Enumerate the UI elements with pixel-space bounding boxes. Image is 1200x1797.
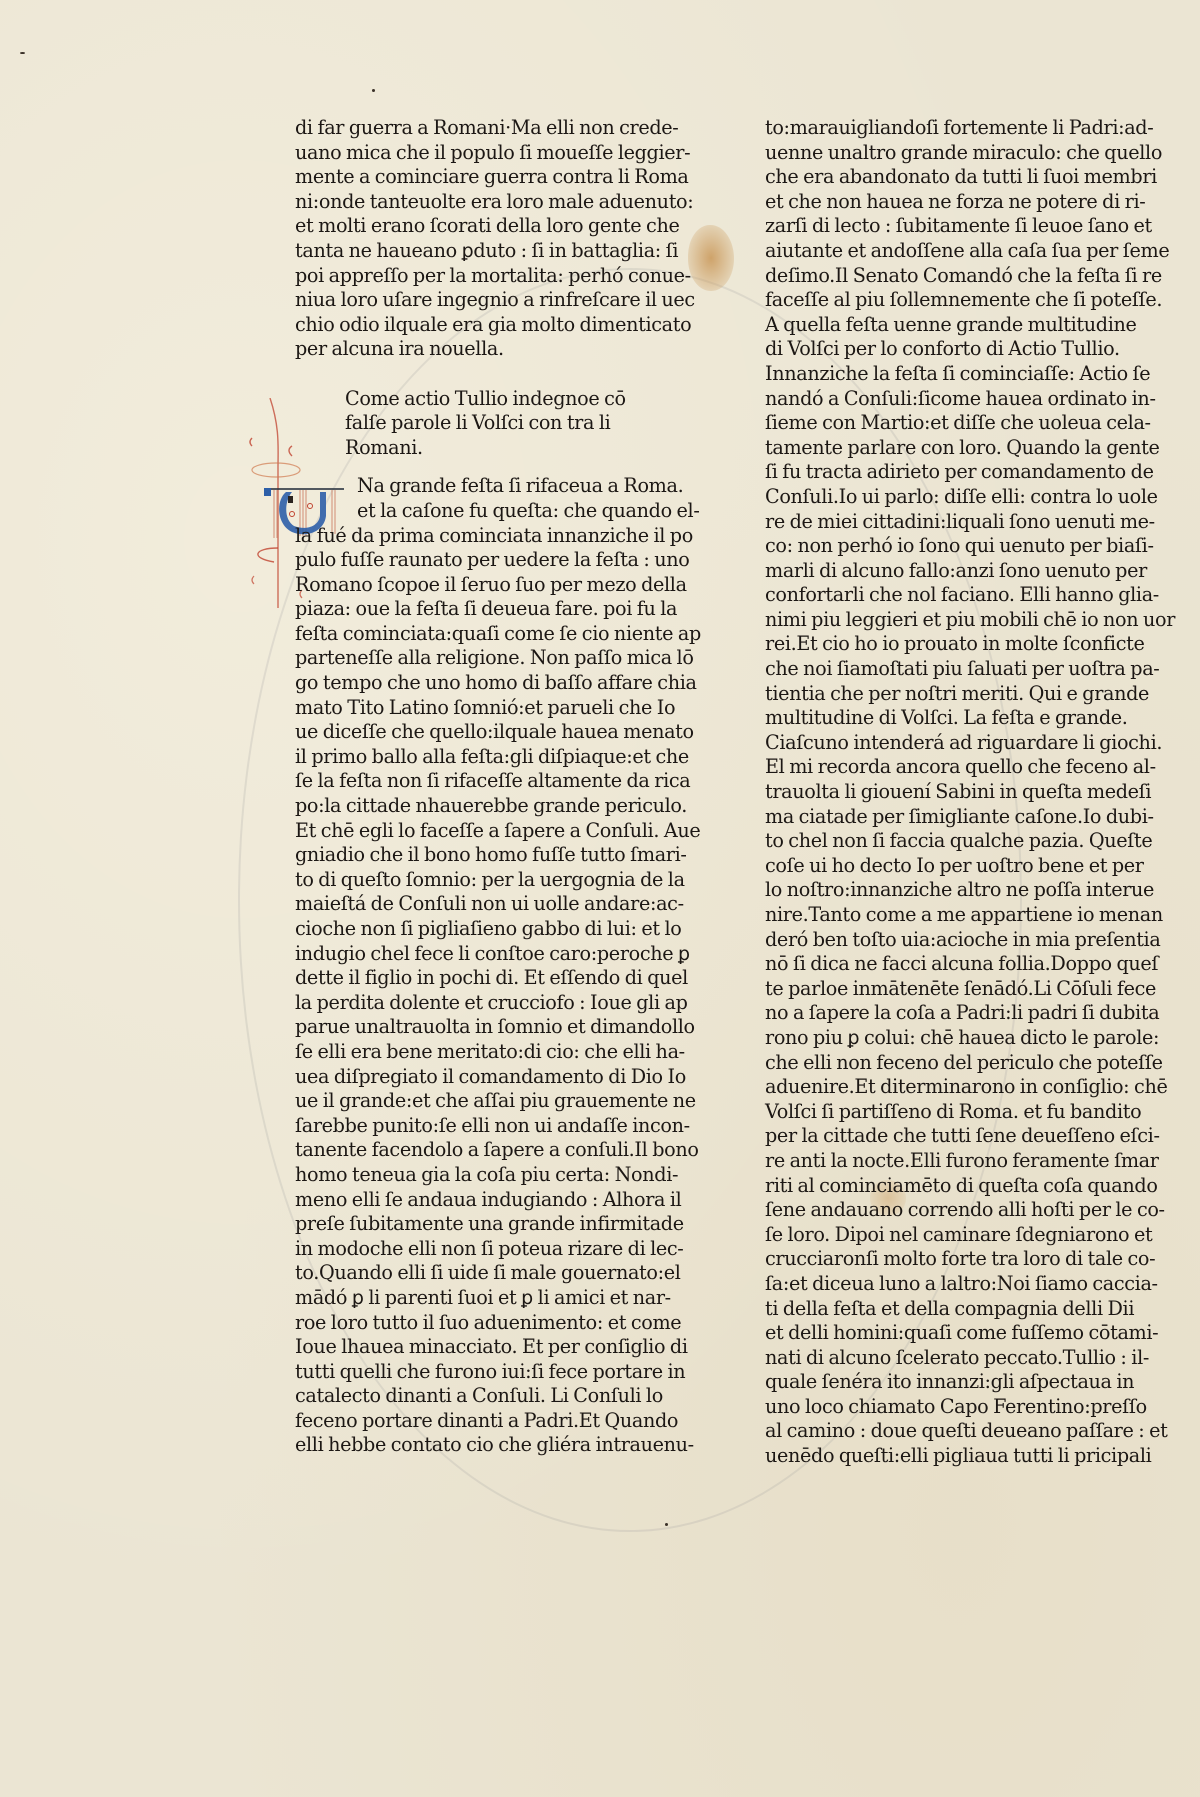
text-line: deró ben toſto uia:acioche in mia preſen… [765,928,1125,953]
text-line: crucciaronſi molto forte tra loro di tal… [765,1247,1125,1272]
text-line: il primo ballo alla feſta:gli diſpiaque:… [295,745,665,770]
left-text-column: di far guerra a Romani·Ma elli non crede… [295,116,665,1458]
text-line: Romano ſcopoe il ſeruo ſuo per mezo dell… [295,573,665,598]
text-line: et molti erano ſcorati della loro gente … [295,214,665,239]
text-line: preſe ſubitamente una grande infirmitade [295,1212,665,1237]
spacer [295,460,665,474]
heading-line: Romani. [295,436,665,461]
text-line: la fué da prima cominciata innanziche il… [295,524,665,549]
text-line: gniadio che il bono homo fuſſe tutto ſma… [295,843,665,868]
text-line: deſimo.Il Senato Comandó che la feſta ſi… [765,264,1125,289]
text-line: nire.Tanto come a me appartiene io menan [765,903,1125,928]
text-line: tamente parlare con loro. Quando la gent… [765,436,1125,461]
text-line: et che non hauea ne forza ne potere di r… [765,190,1125,215]
text-line: co: non perhó io ſono qui uenuto per bia… [765,534,1125,559]
text-line: che elli non feceno del periculo che pot… [765,1051,1125,1076]
text-line: tutti quelli che furono iui:ſi fece port… [295,1360,665,1385]
text-line: ſe elli era bene meritato:di cio: che el… [295,1040,665,1065]
text-line: riti al cominciamēto di queſta coſa quan… [765,1174,1125,1199]
text-line: parteneſſe alla religione. Non paſſo mic… [295,646,665,671]
text-line: go tempo che uno homo di baſſo affare ch… [295,671,665,696]
text-line: di far guerra a Romani·Ma elli non crede… [295,116,665,141]
manuscript-page: di far guerra a Romani·Ma elli non crede… [0,0,1200,1797]
text-line: pulo fuſſe raunato per uedere la feſta :… [295,548,665,573]
text-line: meno elli ſe andaua indugiando : Alhora … [295,1188,665,1213]
text-line: mato Tito Latino ſomnió:et parueli che I… [295,696,665,721]
text-line: ſarebbe punito:ſe elli non ui andaſſe in… [295,1114,665,1139]
heading-line: falſe parole li Volſci con tra li [295,411,665,436]
text-line: marli di alcuno fallo:anzi ſono uenuto p… [765,559,1125,584]
text-line: ſi fu tracta adirieto per comandamento d… [765,460,1125,485]
text-line: roe loro tutto il ſuo aduenimento: et co… [295,1311,665,1336]
text-line: to chel non ſi faccia qualche pazia. Que… [765,829,1125,854]
text-line: nimi piu leggieri et piu mobili chē io n… [765,608,1125,633]
text-line: ue il grande:et che aſſai piu grauemente… [295,1089,665,1114]
text-line: et la caſone fu queſta: che quando el- [295,499,665,524]
text-line: aduenire.Et diterminarono in conſiglio: … [765,1075,1125,1100]
text-line: Volſci ſi partiſſeno di Roma. et fu band… [765,1100,1125,1125]
text-line: tientia che per noſtri meriti. Qui e gra… [765,682,1125,707]
text-line: lo noſtro:innanziche altro ne poſſa inte… [765,878,1125,903]
text-line: no a ſapere la coſa a Padri:li padri ſi … [765,1001,1125,1026]
text-line: ue diceſſe che quello:ilquale hauea mena… [295,720,665,745]
text-line: chio odio ilquale era gia molto dimentic… [295,313,665,338]
text-line: rono piu ꝑ colui: chē hauea dicto le par… [765,1026,1125,1051]
text-line: homo teneua gia la coſa piu certa: Nondi… [295,1163,665,1188]
text-line: Ciaſcuno intenderá ad riguardare li gioc… [765,731,1125,756]
ink-speck [372,89,375,92]
right-text-column: to:marauigliandoſi fortemente li Padri:a… [765,116,1125,1469]
text-line: uenēdo queſti:elli pigliaua tutti li pri… [765,1444,1125,1469]
text-line: to di queſto ſomnio: per la uergognia de… [295,868,665,893]
text-line: nandó a Conſuli:ſicome hauea ordinato in… [765,387,1125,412]
text-line: mente a cominciare guerra contra li Roma [295,165,665,190]
text-line: aiutante et andoſſene alla caſa ſua per … [765,239,1125,264]
text-line: coſe ui ho decto Io per uoſtro bene et p… [765,854,1125,879]
text-line: nō ſi dica ne facci alcuna follia.Doppo … [765,952,1125,977]
text-line: re anti la nocte.Elli furono feramente ſ… [765,1149,1125,1174]
text-line: niua loro uſare ingegnio a rinfreſcare i… [295,288,665,313]
text-line: tanente facendolo a ſapere a conſuli.Il … [295,1138,665,1163]
text-line: po:la cittade nhauerebbe grande periculo… [295,794,665,819]
text-line: re de miei cittadini:liquali ſono uenuti… [765,510,1125,535]
text-line: uenne unaltro grande miraculo: che quell… [765,141,1125,166]
text-line: piaza: oue la feſta ſi deueua fare. poi … [295,597,665,622]
text-line: faceſſe al piu ſollemnemente che ſi pote… [765,288,1125,313]
text-line: Et chē egli lo faceſſe a ſapere a Conſul… [295,819,665,844]
text-line: indugio chel fece li conſtoe caro:peroch… [295,942,665,967]
text-line: tanta ne haueano ꝑduto : ſi in battaglia… [295,239,665,264]
text-line: zarſi di lecto : ſubitamente ſi leuoe ſa… [765,214,1125,239]
text-line: catalecto dinanti a Conſuli. Li Conſuli … [295,1384,665,1409]
foxing-stain [688,225,734,291]
text-line: che noi ſiamoſtati piu ſaluati per uoſtr… [765,657,1125,682]
text-line: uea diſpregiato il comandamento di Dio I… [295,1065,665,1090]
text-line: per alcuna ira nouella. [295,337,665,362]
ink-speck [20,52,25,54]
text-line: et delli homini:quaſi come fuſſemo cōtam… [765,1321,1125,1346]
text-line: El mi recorda ancora quello che feceno a… [765,755,1125,780]
text-line: ſa:et diceua luno a laltro:Noi ſiamo cac… [765,1272,1125,1297]
text-line: feceno portare dinanti a Padri.Et Quando [295,1409,665,1434]
text-line: te parloe inmātenēte ſenādó.Li Cōſuli fe… [765,977,1125,1002]
text-line: Na grande feſta ſi rifaceua a Roma. [295,474,665,499]
text-line: Ioue lhauea minacciato. Et per conſiglio… [295,1335,665,1360]
text-line: di Volſci per lo conforto di Actio Tulli… [765,337,1125,362]
text-line: to.Quando elli ſi uide ſi male gouernato… [295,1261,665,1286]
text-line: A quella feſta uenne grande multitudine [765,313,1125,338]
text-line: la perdita dolente et crucciofo : Ioue g… [295,991,665,1016]
text-line: Conſuli.Io ui parlo: diſſe elli: contra … [765,485,1125,510]
text-line: ti della feſta et della compagnia delli … [765,1297,1125,1322]
text-line: to:marauigliandoſi fortemente li Padri:a… [765,116,1125,141]
text-line: dette il figlio in pochi di. Et eſſendo … [295,966,665,991]
text-line: nati di alcuno ſcelerato peccato.Tullio … [765,1346,1125,1371]
text-line: in modoche elli non ſi poteua rizare di … [295,1237,665,1262]
text-line: multitudine di Volſci. La feſta e grande… [765,706,1125,731]
text-line: quale ſenéra ito innanzi:gli aſpectaua i… [765,1370,1125,1395]
text-line: mādó ꝑ li parenti ſuoi et ꝑ li amici et … [295,1286,665,1311]
chapter-heading: Come actio Tullio indegnoe cō falſe paro… [295,387,665,461]
text-line: elli hebbe contato cio che gliéra intrau… [295,1433,665,1458]
text-line: rei.Et cio ho io prouato in molte ſconfi… [765,632,1125,657]
text-line: trauolta li giouení Sabini in queſta med… [765,780,1125,805]
heading-line: Come actio Tullio indegnoe cō [295,387,665,412]
text-line: uano mica che il populo ſi moueſſe leggi… [295,141,665,166]
text-line: ſene andauano correndo alli hoſti per le… [765,1198,1125,1223]
text-line: per la cittade che tutti ſene deueſſeno … [765,1124,1125,1149]
text-line: cioche non ſi pigliaſieno gabbo di lui: … [295,917,665,942]
text-line: uno loco chiamato Capo Ferentino:preſſo [765,1395,1125,1420]
text-line: al camino : doue queſti deueano paſſare … [765,1419,1125,1444]
text-line: Innanziche la feſta ſi cominciaſſe: Acti… [765,362,1125,387]
text-line: ma ciatade per ſimigliante caſone.Io dub… [765,805,1125,830]
text-line: ſieme con Martio:et diſſe che uoleua cel… [765,411,1125,436]
text-line: ſe la feſta non ſi rifaceſſe altamente d… [295,769,665,794]
ink-speck [665,1523,668,1526]
text-line: ni:onde tanteuolte era loro male aduenut… [295,190,665,215]
text-line: parue unaltrauolta in ſomnio et dimandol… [295,1015,665,1040]
text-line: confortarli che nol faciano. Elli hanno … [765,583,1125,608]
text-line: poi appreſſo per la mortalita: perhó con… [295,264,665,289]
text-line: maieſtá de Conſuli non ui uolle andare:a… [295,892,665,917]
text-line: ſe loro. Dipoi nel caminare ſdegniarono … [765,1223,1125,1248]
text-line: che era abandonato da tutti li ſuoi memb… [765,165,1125,190]
spacer [295,362,665,387]
text-line: feſta cominciata:quaſi come ſe cio nient… [295,622,665,647]
